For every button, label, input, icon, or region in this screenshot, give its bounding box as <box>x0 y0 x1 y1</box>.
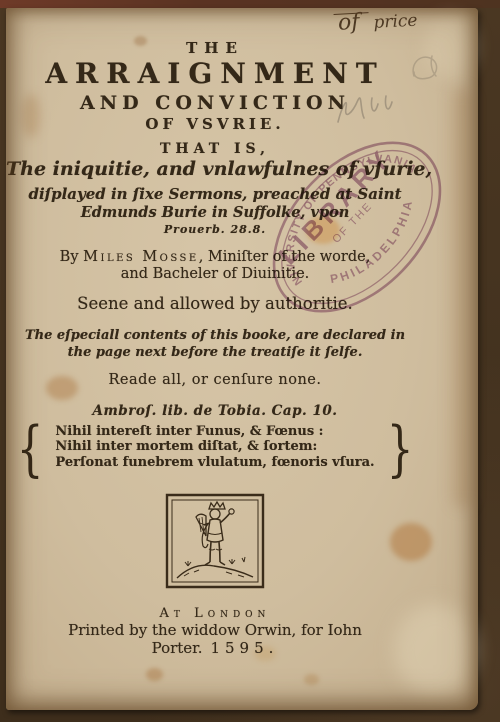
latin-line-2: Nihil inter mortem diſtat, & ſortem: <box>55 439 374 455</box>
publisher-name: Porter. <box>152 639 203 657</box>
publication-year: 1595. <box>210 639 278 657</box>
text-column: THE ARRAIGNMENT AND CONVICTION OF VSVRIE… <box>6 8 424 710</box>
latin-quotation: { Nihil intereſt inter Funus, & Fœnus : … <box>6 419 424 475</box>
book-photo: ofprice THE ARRAIGNMENT AND CONVICTION O… <box>0 0 500 722</box>
latin-line-1: Nihil intereſt inter Funus, & Fœnus : <box>55 424 374 440</box>
motto-line: Reade all, or cenſure none. <box>6 372 424 388</box>
binding-edge <box>0 0 500 8</box>
title-line-3: AND CONVICTION <box>6 92 424 114</box>
title-line-2: ARRAIGNMENT <box>6 57 424 90</box>
title-line-1: THE <box>6 39 424 57</box>
right-brace: } <box>386 421 413 477</box>
left-brace: { <box>17 421 44 477</box>
subtitle-heading: THAT IS, <box>6 141 424 157</box>
imprint-publisher-year: Porter.1595. <box>6 639 424 657</box>
stain <box>452 88 472 508</box>
author-name: Miles Mosse <box>83 249 199 265</box>
byline: By Miles Mosse, Miniſter of the worde, <box>6 249 424 265</box>
byline-suffix: , Miniſter of the worde, <box>199 249 371 265</box>
imprimatur-line: Seene and allowed by authoritie. <box>6 294 424 313</box>
latin-lines: Nihil intereſt inter Funus, & Fœnus : Ni… <box>55 424 374 471</box>
subtitle-line-1: The iniquitie, and vnlawfulnes of vſurie… <box>6 158 424 180</box>
imprint-place: At London <box>6 606 424 621</box>
citation-line: Ambroſ. lib. de Tobia. Cap. 10. <box>6 403 424 419</box>
latin-line-3: Perſonat funebrem vlulatum, fœnoris vſur… <box>55 455 374 471</box>
title-line-4: OF VSVRIE. <box>6 115 424 133</box>
imprint-printer: Printed by the widdow Orwin, for Iohn <box>6 621 424 639</box>
crowned-figure-with-harp-illustration <box>164 492 266 590</box>
contents-note-line-2: the page next before the treatiſe it ſel… <box>6 345 424 360</box>
byline-line-2: and Bacheler of Diuinitie. <box>6 266 424 282</box>
woodcut-device <box>6 492 424 594</box>
scripture-reference: Prouerb. 28.8. <box>6 223 424 236</box>
subtitle-line-2: diſplayed in ſixe Sermons, preached at S… <box>6 185 424 203</box>
contents-note-line-1: The eſpeciall contents of this booke, ar… <box>6 328 424 343</box>
title-page: ofprice THE ARRAIGNMENT AND CONVICTION O… <box>6 8 478 710</box>
subtitle-line-3: Edmunds Burie in Suffolke, vpon <box>6 204 424 221</box>
byline-prefix: By <box>60 249 83 265</box>
